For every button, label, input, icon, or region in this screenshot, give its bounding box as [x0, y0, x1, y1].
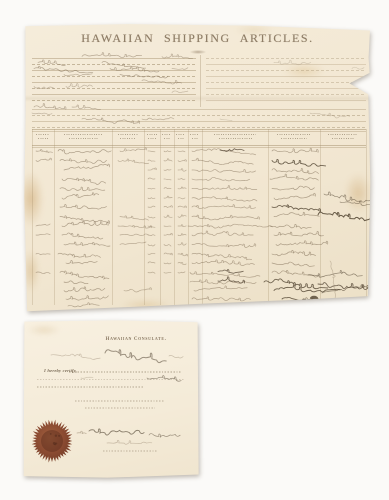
handwriting-scrawl	[192, 169, 256, 172]
handwriting-scrawl	[34, 66, 93, 73]
handwriting-scrawl	[192, 231, 253, 236]
handwriting-scrawl	[164, 151, 171, 152]
handwriting-scrawl	[272, 205, 320, 212]
handwriting-scrawl	[178, 178, 185, 179]
handwriting-scrawl	[36, 158, 51, 161]
certificate-handwriting-layer	[23, 320, 199, 478]
handwriting-scrawl	[164, 170, 171, 171]
handwriting-scrawl	[62, 233, 103, 239]
handwriting-scrawl	[192, 149, 256, 155]
handwriting-scrawl	[36, 224, 50, 226]
certificate-sheet: Hawaiian Consulate. I hereby certify,	[23, 320, 199, 478]
handwriting-scrawl	[270, 174, 318, 180]
handwriting-scrawl	[60, 159, 107, 164]
handwriting-scrawl	[178, 160, 186, 162]
handwriting-scrawl	[274, 60, 311, 65]
handwriting-scrawl	[68, 303, 99, 307]
handwriting-scrawl	[148, 245, 155, 246]
handwriting-scrawl	[148, 160, 155, 161]
handwriting-scrawl	[169, 355, 183, 358]
handwriting-scrawl	[272, 148, 318, 153]
handwriting-scrawl	[32, 113, 52, 114]
handwriting-scrawl	[178, 169, 186, 172]
handwriting-scrawl	[218, 277, 245, 283]
handwriting-scrawl	[322, 285, 369, 293]
handwriting-scrawl	[178, 198, 185, 199]
handwriting-scrawl	[164, 245, 171, 247]
handwriting-scrawl	[58, 150, 111, 154]
handwriting-scrawl	[220, 119, 232, 121]
handwriting-scrawl	[276, 241, 328, 246]
handwriting-scrawl	[192, 197, 257, 201]
shipping-articles-document: HAWAIIAN SHIPPING ARTICLES.	[24, 23, 371, 313]
handwriting-scrawl	[148, 217, 155, 218]
handwriting-scrawl	[64, 74, 92, 76]
handwriting-scrawl	[340, 201, 371, 205]
handwriting-scrawl	[218, 270, 243, 274]
handwriting-scrawl	[272, 159, 326, 166]
handwriting-scrawl	[178, 151, 185, 152]
handwriting-scrawl	[324, 192, 371, 202]
handwriting-scrawl	[118, 159, 149, 164]
handwriting-scrawl	[270, 224, 311, 228]
handwriting-scrawl	[192, 253, 252, 259]
handwriting-scrawl	[147, 376, 181, 382]
handwriting-scrawl	[310, 113, 350, 118]
handwriting-scrawl	[36, 272, 50, 273]
handwriting-scrawl	[124, 288, 151, 292]
handwriting-scrawl	[149, 434, 180, 438]
handwriting-scrawl	[318, 212, 371, 220]
handwriting-scrawl	[62, 178, 106, 184]
handwriting-scrawl	[188, 224, 272, 228]
handwriting-scrawl	[120, 242, 146, 245]
handwriting-scrawl	[352, 67, 364, 69]
handwriting-scrawl	[36, 253, 50, 254]
handwriting-scrawl	[164, 179, 171, 180]
handwriting-scrawl	[36, 234, 50, 235]
handwriting-scrawl	[192, 158, 253, 164]
handwriting-scrawl	[34, 87, 54, 89]
handwriting-scrawl	[148, 235, 155, 236]
handwriting-scrawl	[164, 263, 171, 264]
handwriting-scrawl	[178, 262, 186, 264]
handwriting-scrawl	[120, 75, 168, 79]
handwriting-scrawl	[178, 243, 186, 245]
handwriting-scrawl	[148, 178, 155, 179]
handwriting-scrawl	[142, 118, 174, 120]
handwriting-scrawl	[120, 216, 148, 220]
handwriting-scrawl	[194, 286, 247, 291]
handwriting-scrawl	[178, 206, 186, 208]
handwriting-scrawl	[164, 253, 172, 255]
handwriting-scrawl	[164, 188, 171, 189]
handwriting-scrawl	[192, 215, 259, 220]
handwriting-scrawl	[164, 159, 172, 161]
handwriting-scrawl	[66, 260, 97, 263]
handwriting-scrawl	[192, 186, 257, 190]
handwriting-scrawl	[60, 187, 105, 191]
handwriting-scrawl	[77, 431, 86, 434]
handwriting-scrawl	[162, 54, 193, 59]
handwriting-scrawl	[148, 206, 155, 207]
handwriting-scrawl	[272, 168, 318, 173]
consulate-certificate: Hawaiian Consulate. I hereby certify,	[23, 320, 199, 478]
handwriting-scrawl	[64, 242, 110, 246]
handwriting-scrawl	[148, 262, 155, 263]
handwriting-scrawl	[192, 243, 256, 247]
handwriting-scrawl	[82, 53, 142, 58]
handwriting-scrawl	[274, 231, 324, 236]
handwriting-scrawl	[58, 253, 100, 257]
handwriting-scrawl	[118, 225, 152, 228]
handwriting-scrawl	[148, 272, 155, 273]
handwriting-scrawl	[64, 281, 88, 284]
handwriting-scrawl	[62, 193, 99, 199]
handwriting-scrawl	[274, 193, 315, 200]
handwriting-scrawl	[164, 233, 172, 235]
handwriting-scrawl	[62, 221, 108, 226]
handwriting-scrawl	[107, 440, 152, 444]
handwriting-scrawl	[192, 260, 254, 266]
handwriting-scrawl	[164, 206, 172, 208]
handwriting-scrawl	[178, 187, 186, 189]
handwriting-scrawl	[38, 60, 66, 66]
shipping-articles-sheet: HAWAIIAN SHIPPING ARTICLES.	[24, 23, 371, 313]
handwriting-scrawl	[60, 271, 109, 279]
photo-background: HAWAIIAN SHIPPING ARTICLES. Hawaiian Con…	[0, 0, 389, 500]
handwriting-scrawl	[64, 287, 105, 292]
handwriting-scrawl	[89, 429, 144, 435]
handwriting-scrawl	[164, 215, 172, 217]
handwriting-layer	[24, 23, 371, 313]
handwriting-scrawl	[66, 296, 108, 300]
handwriting-scrawl	[178, 234, 186, 236]
handwriting-scrawl	[274, 212, 319, 216]
handwriting-scrawl	[178, 272, 185, 273]
handwriting-scrawl	[172, 68, 188, 70]
handwriting-scrawl	[148, 168, 156, 170]
handwriting-scrawl	[34, 104, 66, 110]
handwriting-scrawl	[72, 105, 100, 109]
handwriting-scrawl	[328, 261, 340, 298]
handwriting-scrawl	[142, 80, 182, 84]
handwriting-scrawl	[70, 311, 106, 313]
handwriting-scrawl	[192, 205, 256, 209]
handwriting-scrawl	[192, 177, 250, 181]
handwriting-scrawl	[318, 283, 371, 290]
handwriting-scrawl	[120, 234, 148, 236]
handwriting-scrawl	[110, 67, 159, 72]
handwriting-scrawl	[192, 297, 251, 301]
handwriting-scrawl	[272, 250, 316, 255]
handwriting-scrawl	[120, 148, 147, 152]
handwriting-scrawl	[178, 225, 186, 227]
handwriting-scrawl	[82, 118, 140, 124]
handwriting-scrawl	[164, 273, 171, 274]
handwriting-scrawl	[190, 272, 260, 278]
handwriting-scrawl	[148, 151, 155, 152]
handwriting-scrawl	[272, 270, 318, 277]
handwriting-scrawl	[60, 204, 107, 209]
handwriting-scrawl	[105, 350, 166, 363]
handwriting-scrawl	[81, 377, 93, 378]
handwriting-scrawl	[148, 253, 155, 254]
handwriting-scrawl	[102, 61, 146, 68]
handwriting-scrawl	[66, 84, 92, 88]
handwriting-scrawl	[272, 186, 314, 190]
handwriting-scrawl	[64, 164, 109, 170]
handwriting-scrawl	[128, 307, 154, 309]
handwriting-scrawl	[164, 196, 172, 198]
handwriting-scrawl	[148, 188, 155, 189]
handwriting-scrawl	[220, 149, 244, 152]
handwriting-scrawl	[148, 198, 155, 199]
handwriting-scrawl	[51, 354, 100, 359]
handwriting-scrawl	[172, 91, 188, 93]
ink-blot	[310, 296, 318, 300]
handwriting-scrawl	[178, 253, 188, 256]
handwriting-scrawl	[36, 149, 53, 152]
handwriting-scrawl	[272, 262, 314, 266]
handwriting-scrawl	[178, 215, 186, 218]
